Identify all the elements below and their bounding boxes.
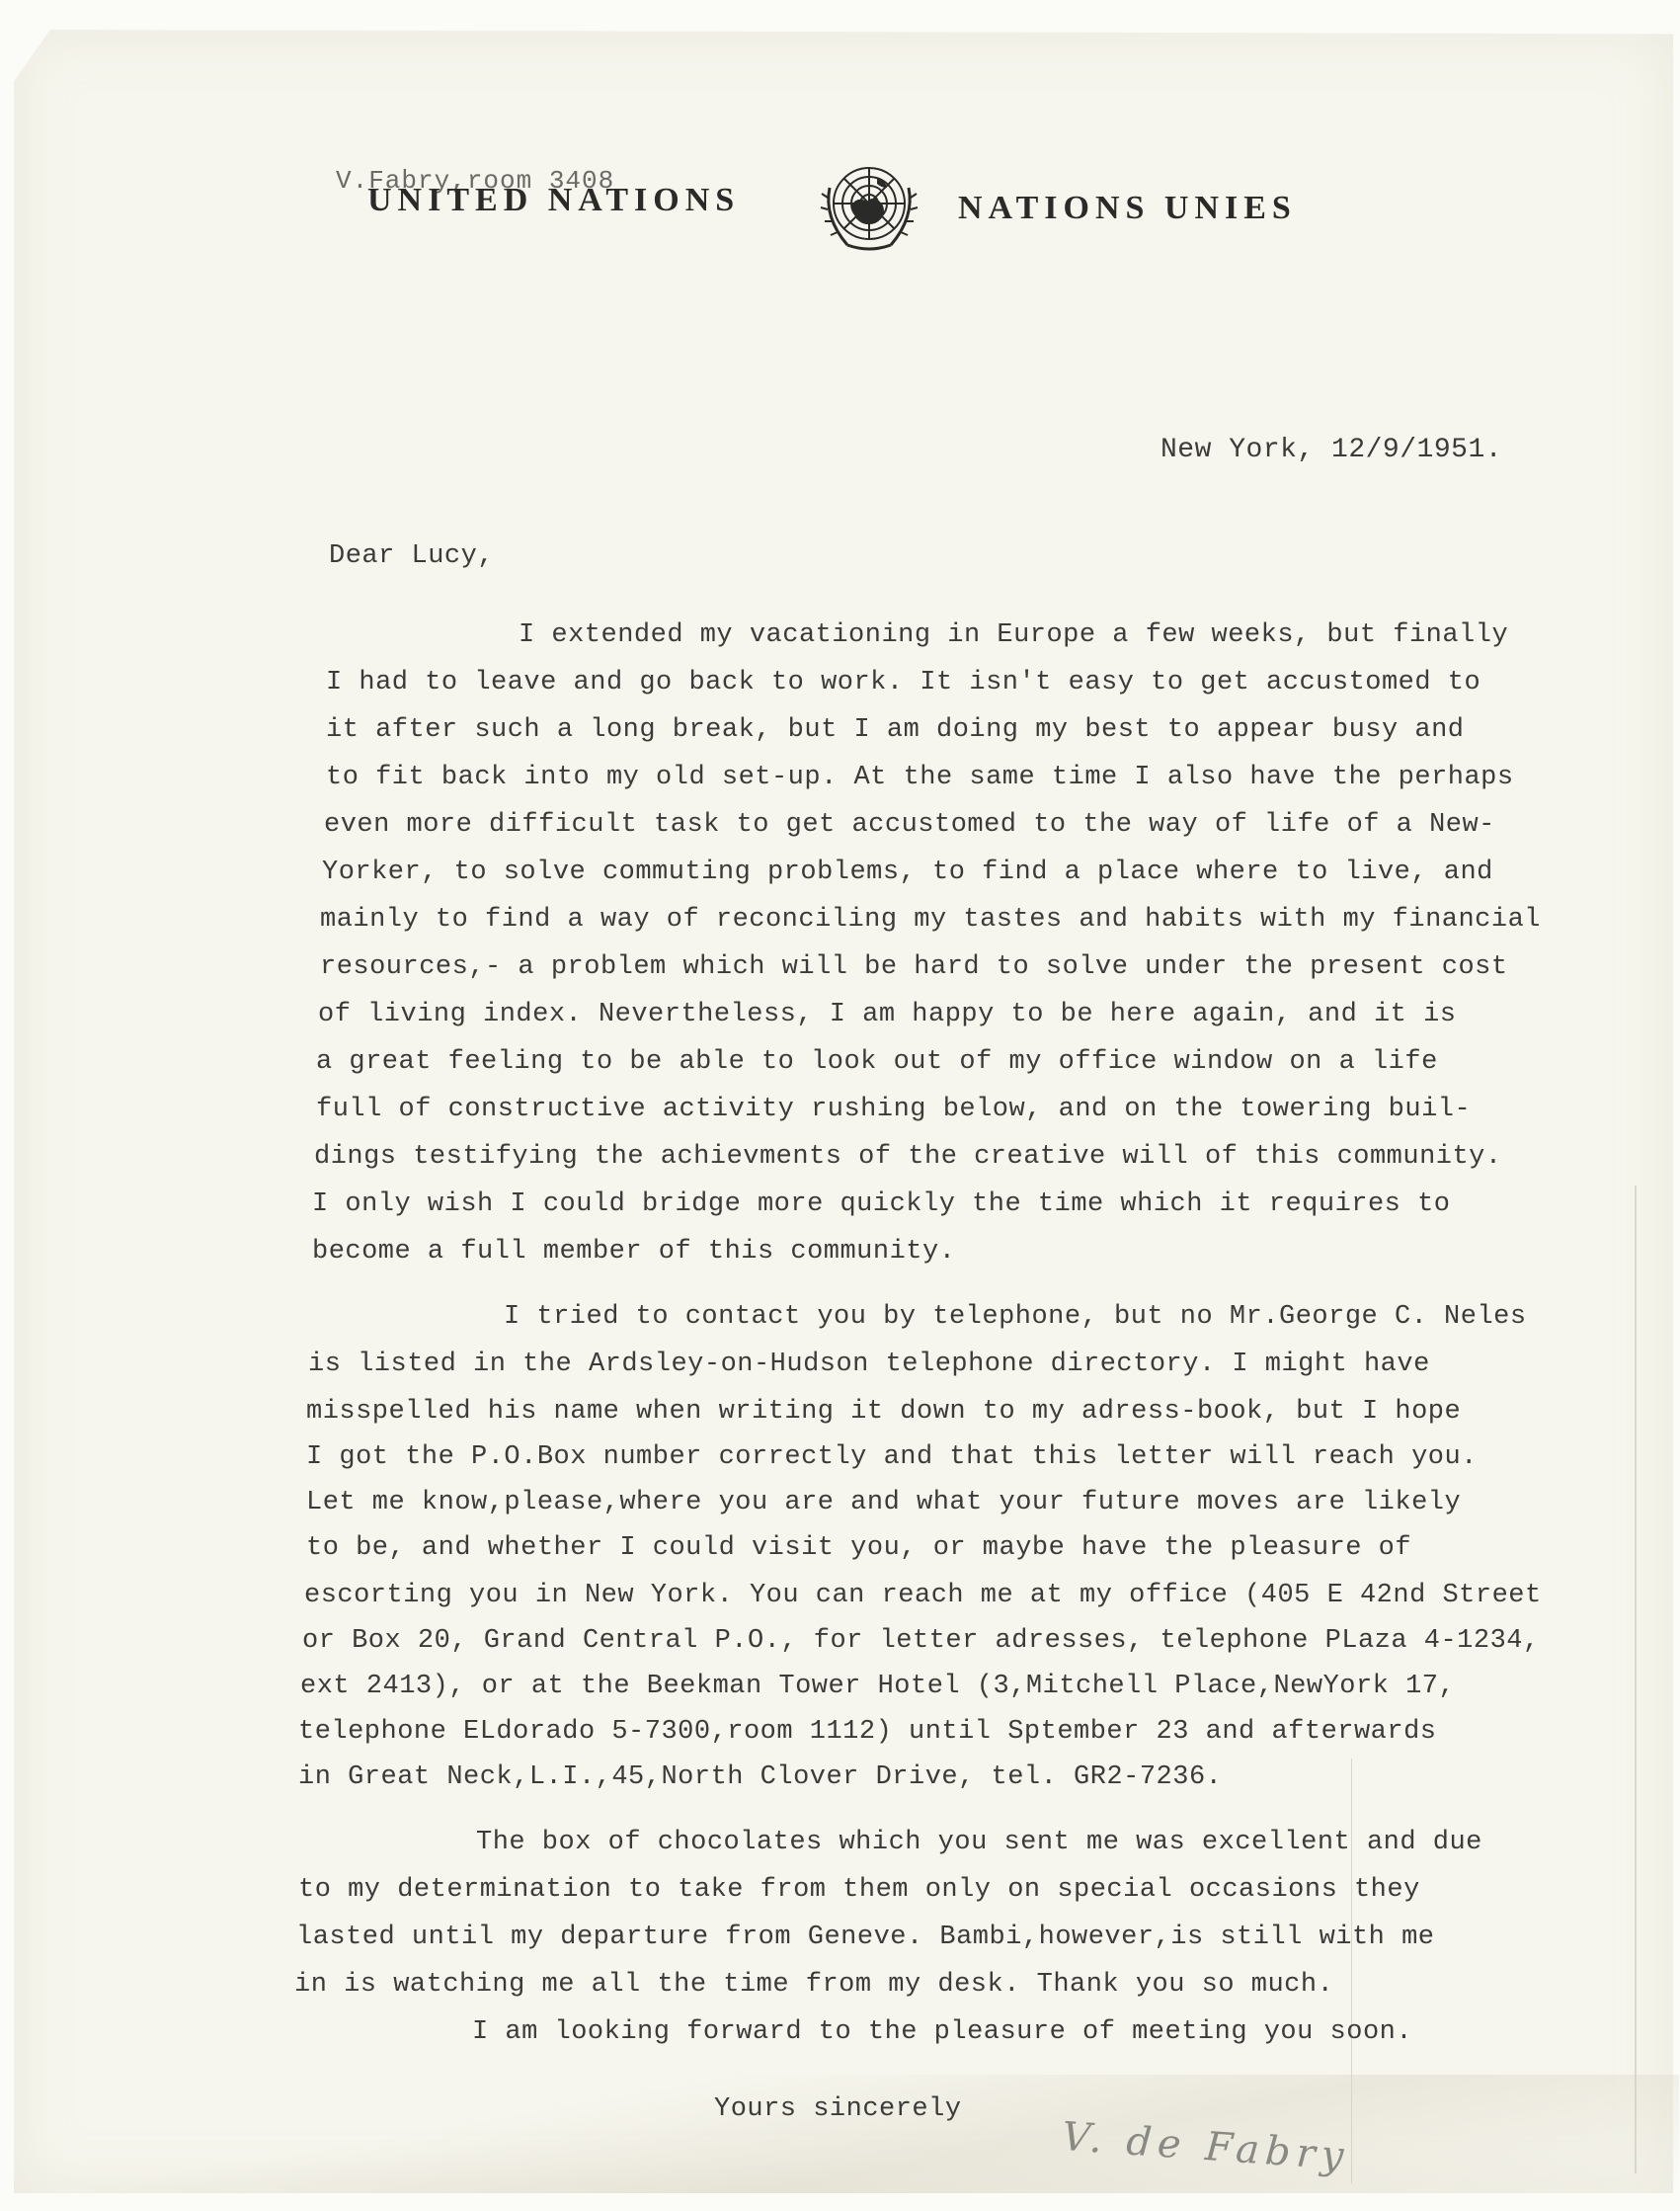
- un-emblem-icon: [818, 158, 920, 257]
- body-line: I had to leave and go back to work. It i…: [326, 668, 1480, 697]
- body-line: misspelled his name when writing it down…: [306, 1397, 1461, 1427]
- body-line: lasted until my departure from Geneve. B…: [296, 1923, 1434, 1952]
- signoff: Yours sincerely: [714, 2094, 962, 2124]
- body-line: I am looking forward to the pleasure of …: [472, 2017, 1412, 2047]
- body-line: I extended my vacationing in Europe a fe…: [519, 620, 1508, 650]
- place-date: New York, 12/9/1951.: [1160, 435, 1502, 465]
- letterhead: V.Fabry,room 3408 UNITED NATIONS: [0, 158, 1680, 267]
- body-line: in Great Neck,L.I.,45,North Clover Drive…: [298, 1762, 1222, 1792]
- body-line: ext 2413), or at the Beekman Tower Hotel…: [300, 1672, 1455, 1701]
- body-line: telephone ELdorado 5-7300,room 1112) unt…: [298, 1717, 1436, 1747]
- org-name-english: UNITED NATIONS: [367, 182, 740, 219]
- body-line: I only wish I could bridge more quickly …: [312, 1189, 1450, 1219]
- body-line: resources,- a problem which will be hard…: [320, 952, 1508, 982]
- body-line: to my determination to take from them on…: [298, 1875, 1420, 1905]
- body-line: it after such a long break, but I am doi…: [326, 715, 1464, 745]
- body-line: to fit back into my old set-up. At the s…: [326, 763, 1514, 792]
- body-line: dings testifying the achievments of the …: [314, 1142, 1502, 1172]
- body-line: escorting you in New York. You can reach…: [304, 1581, 1542, 1610]
- paper-crease: [20, 2075, 1679, 2193]
- body-line: of living index. Nevertheless, I am happ…: [318, 1000, 1456, 1029]
- body-line: I got the P.O.Box number correctly and t…: [306, 1442, 1478, 1472]
- body-line: full of constructive activity rushing be…: [316, 1095, 1471, 1124]
- paper-edge-shadow: [1635, 1186, 1637, 2173]
- body-line: to be, and whether I could visit you, or…: [306, 1533, 1411, 1563]
- salutation: Dear Lucy,: [329, 541, 494, 571]
- body-line: become a full member of this community.: [312, 1237, 955, 1267]
- body-line: Let me know,please,where you are and wha…: [306, 1488, 1461, 1517]
- body-line: even more difficult task to get accustom…: [324, 810, 1495, 840]
- body-line: The box of chocolates which you sent me …: [476, 1828, 1482, 1857]
- body-line: or Box 20, Grand Central P.O., for lette…: [302, 1626, 1540, 1656]
- body-line: Yorker, to solve commuting problems, to …: [322, 858, 1493, 887]
- body-line: is listed in the Ardsley-on-Hudson telep…: [308, 1350, 1430, 1379]
- body-line: mainly to find a way of reconciling my t…: [320, 905, 1541, 935]
- org-name-french: NATIONS UNIES: [958, 190, 1297, 227]
- body-line: a great feeling to be able to look out o…: [316, 1047, 1438, 1077]
- body-line: I tried to contact you by telephone, but…: [504, 1302, 1527, 1332]
- body-line: in is watching me all the time from my d…: [294, 1970, 1333, 2000]
